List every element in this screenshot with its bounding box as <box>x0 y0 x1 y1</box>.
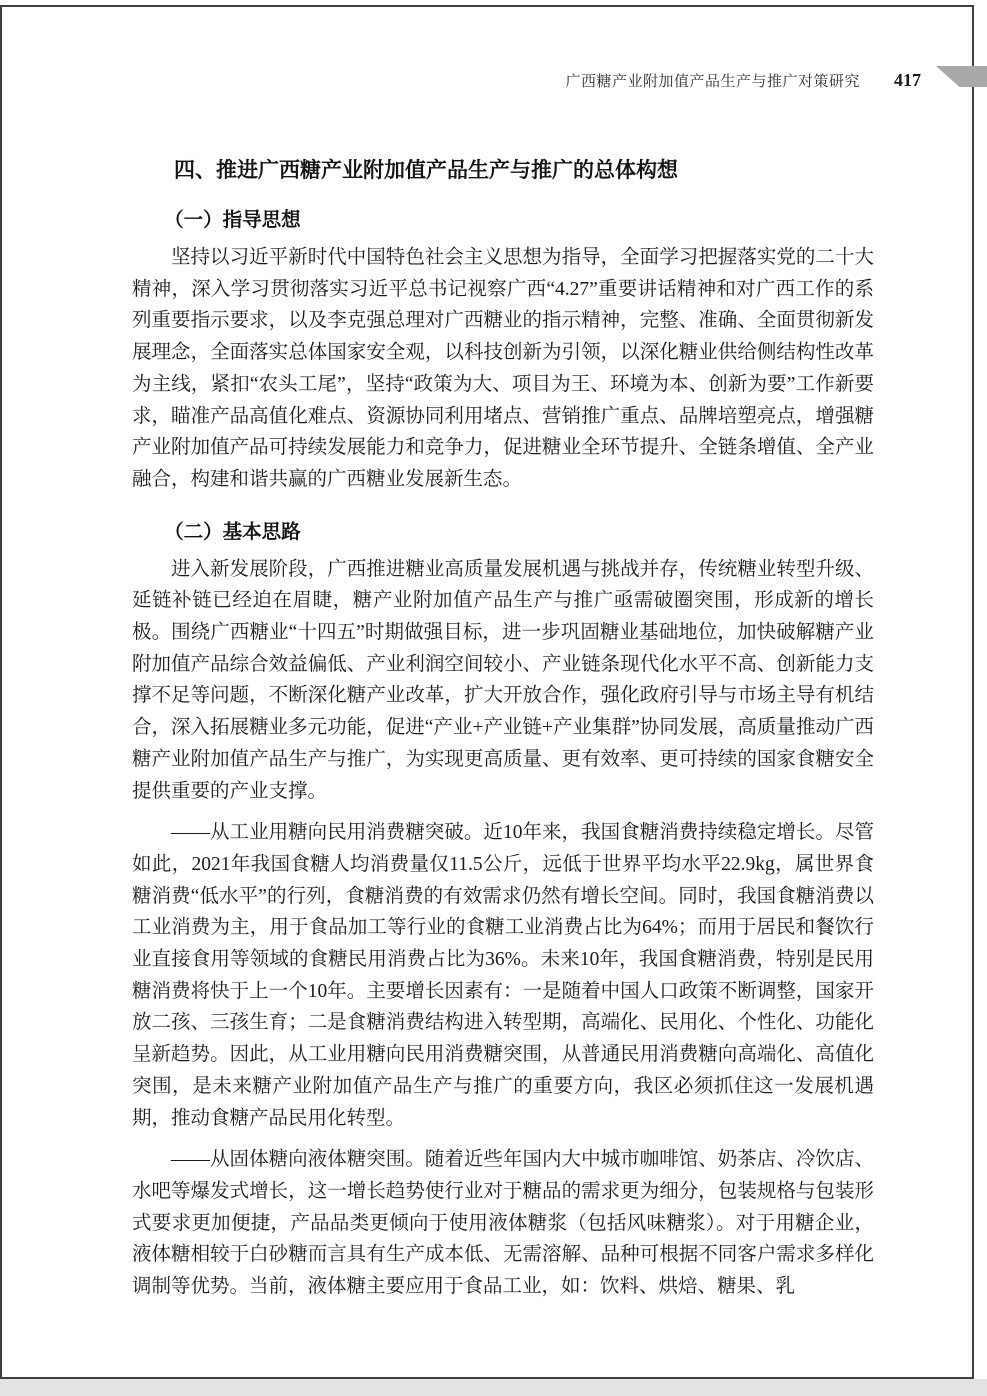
paragraph-basic-approach: 进入新发展阶段，广西推进糖业高质量发展机遇与挑战并存，传统糖业转型升级、延链补链… <box>132 554 874 808</box>
page-bottom-margin <box>0 1379 987 1396</box>
section-title: 四、推进广西糖产业附加值产品生产与推广的总体构想 <box>132 158 874 184</box>
paragraph-industrial-to-civil-sugar: ——从工业用糖向民用消费糖突破。近10年来，我国食糖消费持续稳定增长。尽管如此，… <box>132 817 874 1134</box>
page-content: 四、推进广西糖产业附加值产品生产与推广的总体构想 （一）指导思想 坚持以习近平新… <box>2 7 972 1377</box>
paragraph-solid-to-liquid-sugar: ——从固体糖向液体糖突围。随着近些年国内大中城市咖啡馆、奶茶店、冷饮店、水吧等爆… <box>132 1144 874 1303</box>
screenshot-canvas: 广西糖产业附加值产品生产与推广对策研究417 四、推进广西糖产业附加值产品生产与… <box>0 0 987 1396</box>
subsection-heading-guiding-ideology: （一）指导思想 <box>132 208 874 233</box>
document-page: 广西糖产业附加值产品生产与推广对策研究417 四、推进广西糖产业附加值产品生产与… <box>0 5 974 1379</box>
subsection-heading-basic-approach: （二）基本思路 <box>132 520 874 545</box>
paragraph-guiding-ideology: 坚持以习近平新时代中国特色社会主义思想为指导，全面学习把握落实党的二十大精神，深… <box>132 242 874 496</box>
